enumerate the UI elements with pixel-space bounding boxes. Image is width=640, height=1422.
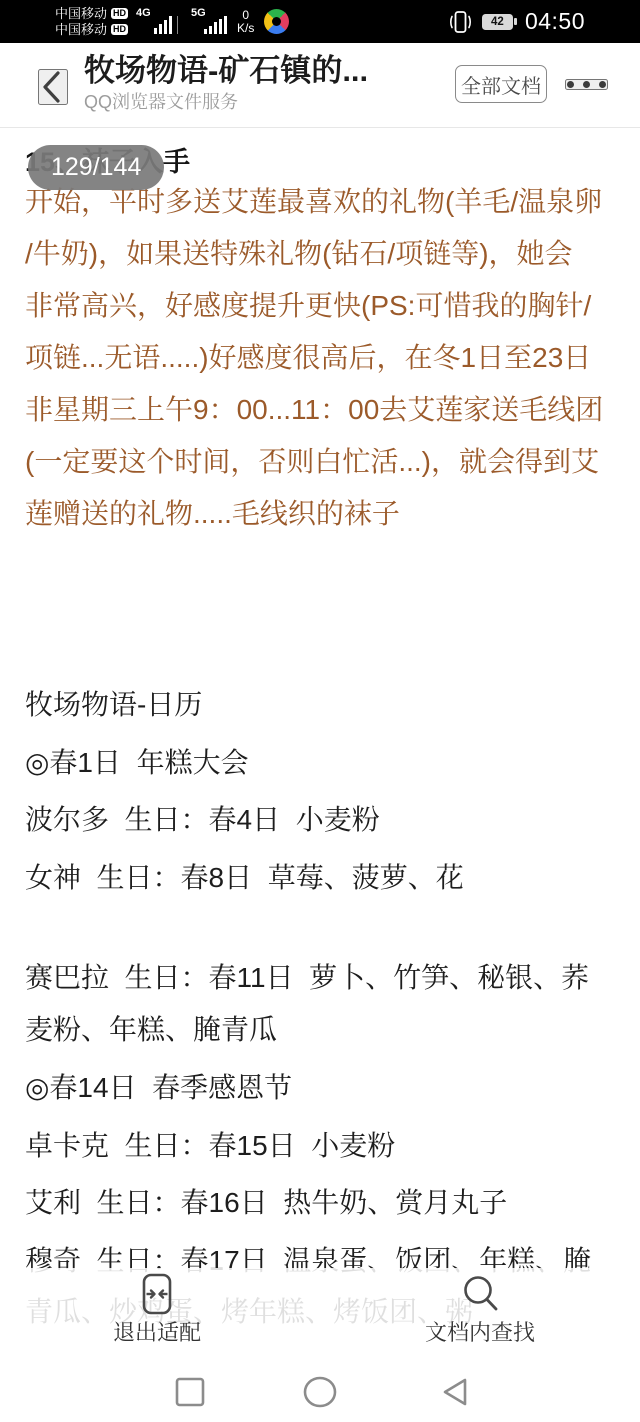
signal-bars-5g-icon: 5G — [191, 8, 227, 36]
guide-text-line: 非星期三上午9：00...11：00去艾莲家送毛线团 — [25, 384, 625, 436]
find-in-document-button[interactable]: 文档内查找 — [400, 1273, 560, 1346]
vibrate-icon — [447, 10, 474, 34]
exit-fit-label: 退出适配 — [113, 1320, 201, 1346]
battery-icon: 42 — [482, 14, 517, 30]
guide-text-line: 莲赠送的礼物.....毛线织的袜子 — [25, 488, 625, 540]
all-documents-button[interactable]: 全部文档 — [455, 65, 547, 103]
signal-divider — [177, 16, 178, 34]
recents-button[interactable] — [172, 1374, 208, 1410]
carrier-name: 中国移动 — [55, 22, 107, 38]
carrier-name: 中国移动 — [55, 6, 107, 22]
battery-percent: 42 — [482, 14, 513, 30]
calendar-line: 赛巴拉 生日：春11日 萝卜、竹笋、秘银、荞 — [25, 952, 625, 1004]
ellipsis-icon — [599, 81, 606, 88]
page-subtitle: QQ浏览器文件服务 — [84, 90, 368, 114]
triangle-left-icon — [440, 1376, 470, 1408]
ellipsis-icon — [583, 81, 590, 88]
hd-badge-icon: HD — [111, 24, 128, 35]
exit-fit-button[interactable]: 退出适配 — [77, 1273, 237, 1346]
calendar-line: 卓卡克 生日：春15日 小麦粉 — [25, 1120, 625, 1172]
clock: 04:50 — [525, 8, 585, 35]
guide-text-line: 非常高兴，好感度提升更快(PS:可惜我的胸针/ — [25, 280, 625, 332]
hd-badge-icon: HD — [111, 8, 128, 19]
back-nav-button[interactable] — [437, 1374, 473, 1410]
guide-text-line: 项链...无语.....)好感度很高后，在冬1日至23日 — [25, 332, 625, 384]
guide-text-line: (一定要这个时间，否则白忙活...)，就会得到艾 — [25, 436, 625, 488]
calendar-line: 波尔多 生日：春4日 小麦粉 — [25, 794, 625, 846]
status-bar: 中国移动 HD 中国移动 HD 4G 5G 0 K/s — [0, 0, 640, 43]
back-button[interactable] — [38, 69, 68, 105]
chevron-left-icon — [40, 70, 62, 104]
circle-icon — [303, 1376, 337, 1408]
document-viewport[interactable]: 15、袜子入手 129/144 开始，平时多送艾莲最喜欢的礼物(羊毛/温泉卵 /… — [0, 128, 640, 1422]
app-header: 牧场物语-矿石镇的... QQ浏览器文件服务 全部文档 — [0, 43, 640, 128]
square-icon — [175, 1377, 205, 1407]
page-title: 牧场物语-矿石镇的... — [84, 52, 368, 90]
carrier-labels: 中国移动 HD 中国移动 HD — [55, 6, 128, 38]
document-toolbar: 退出适配 文档内查找 — [0, 1268, 640, 1360]
ellipsis-icon — [567, 81, 574, 88]
calendar-line: 女神 生日：春8日 草莓、菠萝、花 — [25, 852, 625, 904]
find-in-document-label: 文档内查找 — [425, 1320, 535, 1346]
calendar-line: 牧场物语-日历 — [25, 679, 625, 731]
page-position-badge: 129/144 — [28, 145, 164, 190]
calendar-line: 麦粉、年糕、腌青瓜 — [25, 1004, 625, 1056]
calendar-line: ◎春1日 年糕大会 — [25, 737, 625, 789]
pinwheel-app-icon — [264, 9, 289, 34]
calendar-line: 艾利 生日：春16日 热牛奶、赏月丸子 — [25, 1177, 625, 1229]
android-navigation-bar — [0, 1360, 640, 1422]
guide-text-line: /牛奶)，如果送特殊礼物(钻石/项链等)，她会 — [25, 228, 625, 280]
magnifier-icon — [459, 1273, 501, 1315]
exit-fit-icon — [142, 1273, 172, 1315]
more-options-button[interactable] — [565, 79, 608, 90]
home-button[interactable] — [302, 1374, 338, 1410]
signal-bars-4g-icon: 4G — [136, 8, 172, 36]
calendar-line: ◎春14日 春季感恩节 — [25, 1062, 625, 1114]
network-speed: 0 K/s — [237, 9, 254, 35]
